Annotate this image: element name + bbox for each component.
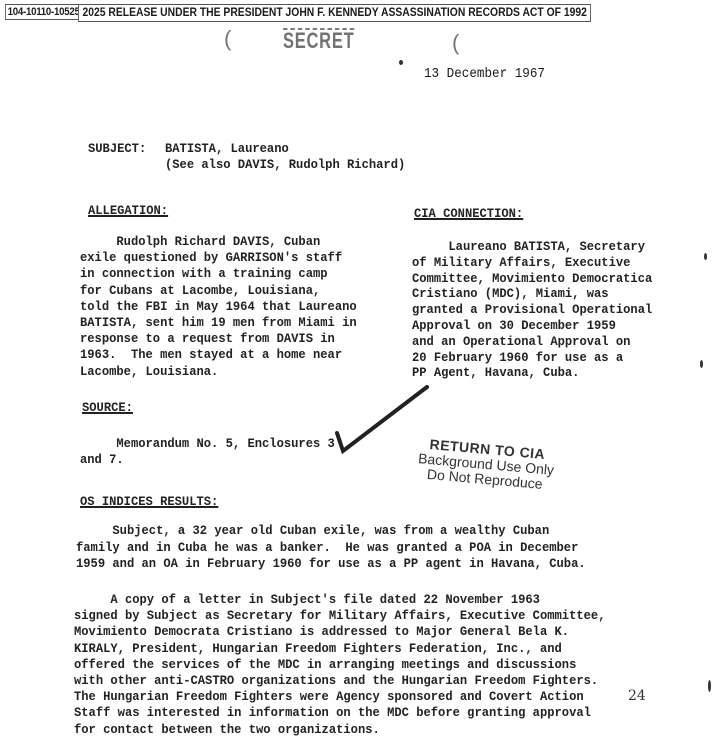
text-line: in connection with a training camp (80, 266, 328, 282)
text-line: signed by Subject as Secretary for Milit… (74, 608, 606, 624)
text-line: Lacombe, Louisiana. (80, 364, 218, 380)
text-line: exile questioned by GARRISON's staff (80, 250, 342, 266)
text-line: Memorandum No. 5, Enclosures 3 (80, 436, 335, 452)
text-line: KIRALY, President, Hungarian Freedom Fig… (74, 641, 562, 657)
handwritten-annotation: 24 (628, 688, 646, 704)
text-line: Laureano BATISTA, Secretary (412, 239, 645, 255)
release-banner: 2025 RELEASE UNDER THE PRESIDENT JOHN F.… (78, 4, 591, 22)
allegation-heading: ALLEGATION: (88, 203, 168, 219)
speck (700, 360, 703, 368)
text-line: family and in Cuba he was a banker. He w… (76, 540, 578, 556)
document-date: 13 December 1967 (424, 66, 545, 82)
text-line: Movimiento Democrata Cristiano is addres… (74, 624, 569, 640)
text-line: A copy of a letter in Subject's file dat… (74, 592, 540, 608)
return-to-cia-stamp: RETURN TO CIA Background Use Only Do Not… (416, 436, 556, 493)
text-line: Committee, Movimiento Democratica (412, 271, 652, 287)
faint-mark: ( (452, 30, 459, 56)
source-heading: SOURCE: (82, 400, 133, 416)
document-id: 104-10110-10525 (5, 4, 82, 20)
os-indices-heading: OS INDICES RESULTS: (80, 494, 218, 510)
text-line: told the FBI in May 1964 that Laureano (80, 299, 357, 315)
text-line: Rudolph Richard DAVIS, Cuban (80, 234, 320, 250)
text-line: of Military Affairs, Executive (412, 255, 630, 271)
classification-stamp: SECRET (283, 28, 354, 52)
text-line: Cristiano (MDC), Miami, was (412, 286, 609, 302)
text-line: granted a Provisional Operational (412, 302, 652, 318)
text-line: response to a request from DAVIS in (80, 331, 335, 347)
subject-name: BATISTA, Laureano (165, 141, 289, 157)
text-line: for contact between the two organization… (74, 722, 380, 737)
speck (704, 253, 707, 260)
text-line: with other anti-CASTRO organizations and… (74, 673, 598, 689)
faint-mark: ( (224, 26, 231, 52)
text-line: 1963. The men stayed at a home near (80, 347, 342, 363)
text-line: and an Operational Approval on (412, 334, 630, 350)
text-line: for Cubans at Lacombe, Louisiana, (80, 283, 320, 299)
text-line: Subject, a 32 year old Cuban exile, was … (76, 523, 549, 539)
text-line: 1959 and an OA in February 1960 for use … (76, 556, 586, 572)
subject-label: SUBJECT: (88, 141, 146, 157)
text-line: PP Agent, Havana, Cuba. (412, 365, 579, 381)
text-line: Staff was interested in information on t… (74, 705, 591, 721)
text-line: 20 February 1960 for use as a (412, 350, 623, 366)
speck (708, 680, 711, 692)
speck (399, 60, 403, 65)
text-line: offered the services of the MDC in arran… (74, 657, 576, 673)
text-line: and 7. (80, 452, 124, 468)
cia-connection-heading: CIA CONNECTION: (414, 206, 523, 222)
text-line: Approval on 30 December 1959 (412, 318, 616, 334)
checkmark-icon (335, 385, 430, 455)
text-line: The Hungarian Freedom Fighters were Agen… (74, 689, 584, 705)
text-line: BATISTA, sent him 19 men from Miami in (80, 315, 357, 331)
subject-see-also: (See also DAVIS, Rudolph Richard) (165, 157, 405, 173)
